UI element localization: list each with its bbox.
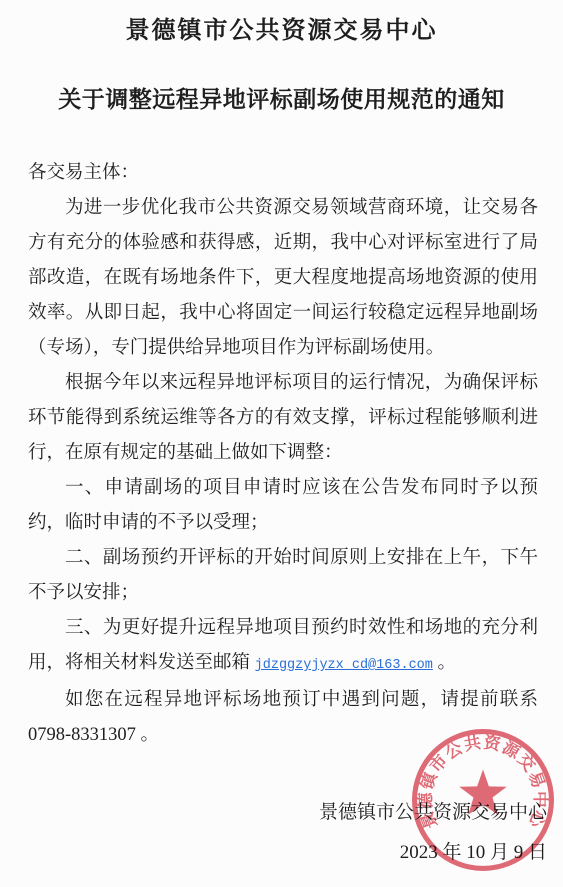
org-title: 景德镇市公共资源交易中心 xyxy=(0,0,563,45)
rule-item-1: 一、申请副场的项目申请时应该在公告发布同时予以预约，临时申请的不予以受理； xyxy=(28,471,538,541)
paragraph-basis: 根据今年以来远程异地评标项目的运行情况，为确保评标环节能得到系统运维等各方的有效… xyxy=(28,366,538,471)
signature-org: 景德镇市公共资源交易中心 xyxy=(0,793,547,833)
email-link[interactable]: jdzggzyjyzx_cd@163.com xyxy=(255,658,433,673)
notice-body: 各交易主体： 为进一步优化我市公共资源交易领域营商环境，让交易各方有充分的体验感… xyxy=(28,156,538,753)
signature-date: 2023 年 10 月 9 日 xyxy=(0,833,547,873)
rule-item-2: 二、副场预约开评标的开始时间原则上安排在上午，下午不予以安排； xyxy=(28,541,538,611)
doc-title: 关于调整远程异地评标副场使用规范的通知 xyxy=(0,45,563,114)
signature-block: 景德镇市公共资源交易中心 2023 年 10 月 9 日 xyxy=(0,793,563,873)
rule-item-3: 三、为更好提升远程异地项目预约时效性和场地的充分利用，将相关材料发送至邮箱 jd… xyxy=(28,611,538,683)
closing-paragraph: 如您在远程异地评标场地预订中遇到问题，请提前联系 0798-8331307 。 xyxy=(28,683,538,753)
paragraph-intro: 为进一步优化我市公共资源交易领域营商环境，让交易各方有充分的体验感和获得感，近期… xyxy=(28,191,538,366)
rule-item-3-suffix: 。 xyxy=(433,653,456,673)
salutation: 各交易主体： xyxy=(28,156,538,191)
notice-document: 景德镇市公共资源交易中心 关于调整远程异地评标副场使用规范的通知 各交易主体： … xyxy=(0,0,563,887)
